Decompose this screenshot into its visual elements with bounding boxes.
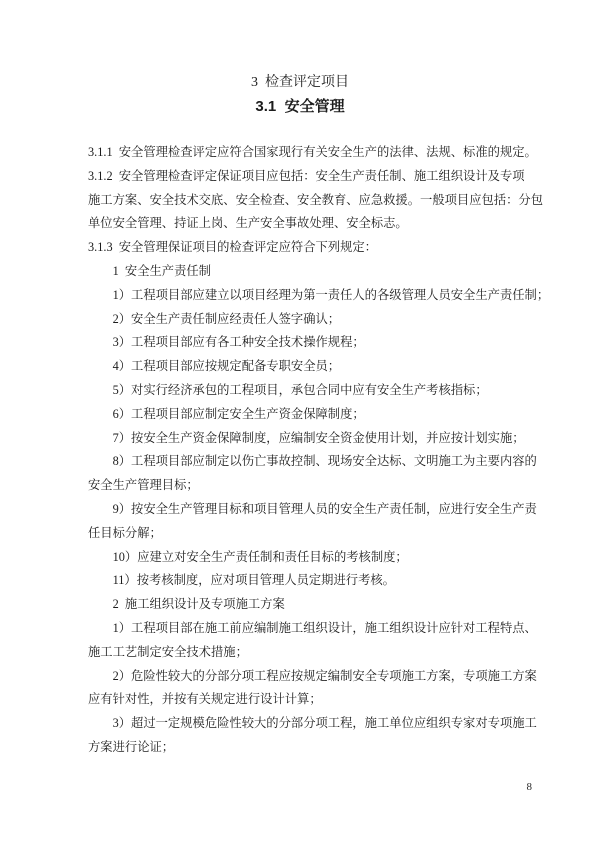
body-line: 2 施工组织设计及专项施工方案	[88, 593, 548, 617]
body-line: 安全生产管理目标；	[88, 474, 548, 498]
body-line: 11）按考核制度，应对项目管理人员定期进行考核。	[88, 569, 548, 593]
document-body: 3.1.1 安全管理检查评定应符合国家现行有关安全生产的法律、法规、标准的规定。…	[88, 141, 548, 760]
body-line: 单位安全管理、持证上岗、生产安全事故处理、安全标志。	[88, 212, 548, 236]
body-line: 3.1.2 安全管理检查评定保证项目应包括：安全生产责任制、施工组织设计及专项	[88, 165, 548, 189]
body-line: 7）按安全生产资金保障制度，应编制安全资金使用计划，并应按计划实施；	[88, 427, 548, 451]
body-line: 任目标分解；	[88, 522, 548, 546]
body-line: 9）按安全生产管理目标和项目管理人员的安全生产责任制，应进行安全生产责	[88, 498, 548, 522]
body-line: 4）工程项目部应按规定配备专职安全员；	[88, 355, 548, 379]
body-line: 施工工艺制定安全技术措施；	[88, 641, 548, 665]
document-page: 3 检查评定项目 3.1 安全管理 3.1.1 安全管理检查评定应符合国家现行有…	[0, 0, 600, 848]
page-number: 8	[527, 781, 533, 793]
body-line: 应有针对性，并按有关规定进行设计计算；	[88, 688, 548, 712]
body-line: 3）工程项目部应有各工种安全技术操作规程；	[88, 331, 548, 355]
body-line: 10）应建立对安全生产责任制和责任目标的考核制度；	[88, 546, 548, 570]
body-line: 2）安全生产责任制应经责任人签字确认；	[88, 308, 548, 332]
body-line: 8）工程项目部应制定以伤亡事故控制、现场安全达标、文明施工为主要内容的	[88, 450, 548, 474]
subsection-title: 3.1 安全管理	[0, 98, 600, 115]
body-line: 3）超过一定规模危险性较大的分部分项工程，施工单位应组织专家对专项施工	[88, 712, 548, 736]
body-line: 1）工程项目部应建立以项目经理为第一责任人的各级管理人员安全生产责任制；	[88, 284, 548, 308]
body-line: 2）危险性较大的分部分项工程应按规定编制安全专项施工方案，专项施工方案	[88, 665, 548, 689]
section-title: 3 检查评定项目	[0, 74, 600, 91]
body-line: 3.1.3 安全管理保证项目的检查评定应符合下列规定：	[88, 236, 548, 260]
body-line: 1）工程项目部在施工前应编制施工组织设计，施工组织设计应针对工程特点、	[88, 617, 548, 641]
page-header: 3 检查评定项目 3.1 安全管理	[0, 0, 600, 115]
body-line: 施工方案、安全技术交底、安全检查、安全教育、应急救援。一般项目应包括：分包	[88, 189, 548, 213]
body-line: 方案进行论证；	[88, 736, 548, 760]
body-line: 1 安全生产责任制	[88, 260, 548, 284]
body-line: 6）工程项目部应制定安全生产资金保障制度；	[88, 403, 548, 427]
body-line: 3.1.1 安全管理检查评定应符合国家现行有关安全生产的法律、法规、标准的规定。	[88, 141, 548, 165]
body-line: 5）对实行经济承包的工程项目，承包合同中应有安全生产考核指标；	[88, 379, 548, 403]
